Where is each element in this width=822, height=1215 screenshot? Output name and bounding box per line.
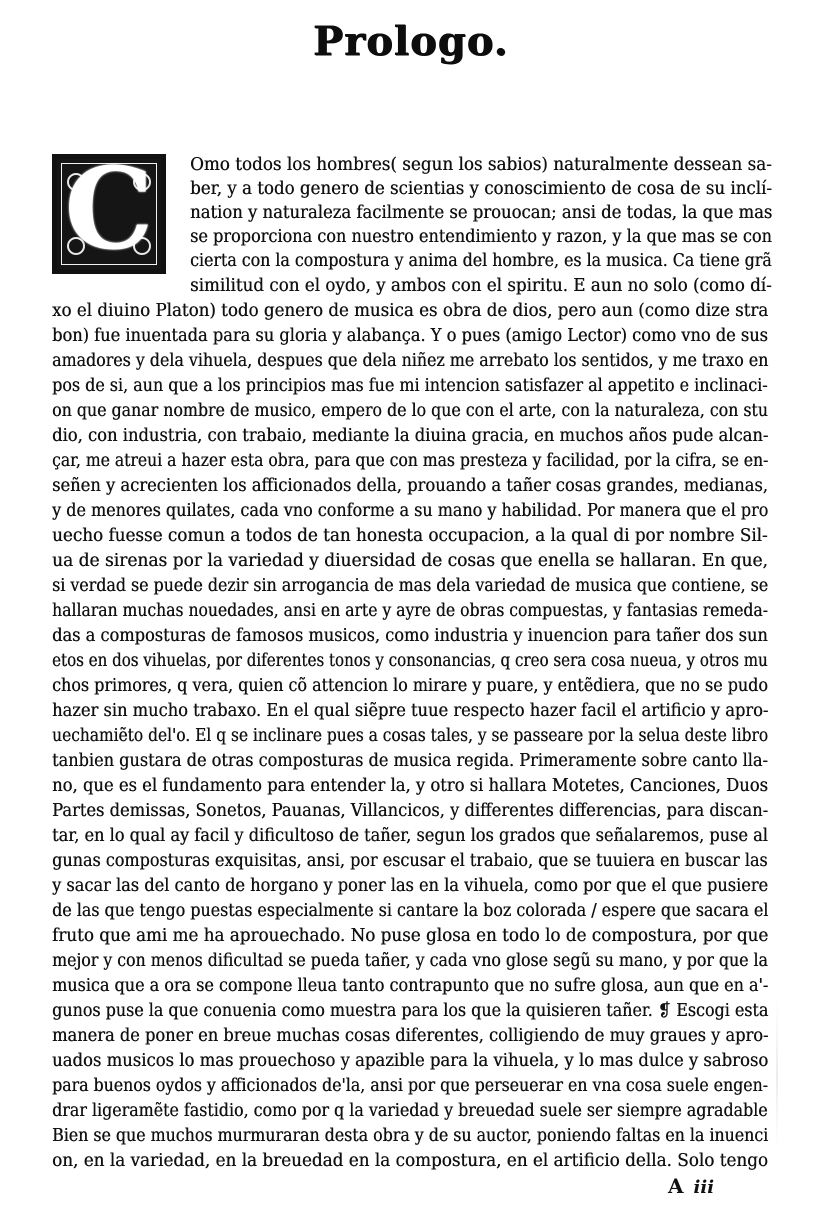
text-line: tar, en lo qual ay facil y dificultoso d… [52, 823, 768, 851]
text-line: chos primores, q vera, quien cõ attencio… [52, 673, 768, 701]
page-title: Prologo. [0, 18, 822, 65]
text-line: das a composturas de famosos musicos, co… [52, 623, 768, 651]
text-line: pos de si, aun que a los principios mas … [52, 373, 768, 401]
text-line: bon) fue inuentada para su gloria y alab… [52, 323, 768, 351]
folio-signature: Aiii [668, 1174, 714, 1198]
text-line: çar, me atreui a hazer esta obra, para q… [52, 448, 768, 476]
text-line: y de menores quilates, cada vno conforme… [52, 498, 768, 526]
text-line: de las que tengo puestas especialmente s… [52, 898, 768, 926]
signature-number: iii [694, 1177, 715, 1198]
text-line: y sacar las del canto de horgano y poner… [52, 873, 768, 901]
text-line: on que ganar nombre de musico, empero de… [52, 398, 768, 426]
text-line: ua de sirenas por la variedad y diuersid… [52, 548, 768, 576]
ornamental-initial: C [52, 154, 166, 274]
text-line: Partes demissas, Sonetos, Pauanas, Villa… [52, 798, 768, 826]
text-line: mejor y con menos dificultad se pueda ta… [52, 948, 768, 976]
text-line: etos en dos vihuelas, por diferentes ton… [52, 648, 768, 676]
text-line: fruto que ami me ha aprouechado. No puse… [52, 923, 768, 951]
initial-letter: C [64, 154, 153, 266]
text-line: dio, con industria, con trabaio, mediant… [52, 423, 768, 451]
scan-edge-shadow [776, 1000, 778, 1150]
text-line: gunas composturas exquisitas, ansi, por … [52, 848, 768, 876]
text-line: uechamiẽto del'o. El q se inclinare pues… [52, 723, 768, 751]
signature-letter: A [668, 1174, 684, 1198]
text-line: uados musicos lo mas prouechoso y apazib… [52, 1048, 768, 1076]
text-line: Bien se que muchos murmuraran desta obra… [52, 1123, 768, 1151]
text-line: amadores y dela vihuela, despues que del… [52, 348, 768, 376]
text-line: drar ligeramẽte fastidio, como por q la … [52, 1098, 768, 1126]
text-line: hallaran muchas nouedades, ansi en arte … [52, 598, 768, 626]
text-line: musica que a ora se compone lleua tanto … [52, 973, 768, 1001]
text-line: uecho fuesse comun a todos de tan honest… [52, 523, 768, 551]
text-line: cierta con la compostura y anima del hom… [190, 248, 772, 276]
text-line: xo el diuino Platon) todo genero de musi… [52, 298, 768, 326]
text-line: no, que es el fundamento para entender l… [52, 773, 768, 801]
text-line: manera de poner en breue muchas cosas di… [52, 1023, 768, 1051]
document-page: Prologo. C Omo todos los hombres( segun … [0, 0, 822, 1215]
text-line: si verdad se puede dezir sin arrogancia … [52, 573, 768, 601]
text-line: gunos puse la que conuenia como muestra … [52, 998, 768, 1026]
text-line: hazer sin mucho trabaxo. En el qual siẽp… [52, 698, 768, 726]
text-line: tanbien gustara de otras composturas de … [52, 748, 768, 776]
text-line: para buenos oydos y afficionados de'la, … [52, 1073, 768, 1101]
text-line: similitud con el oydo, y ambos con el sp… [190, 273, 772, 301]
text-line: on, en la variedad, en la breuedad en la… [52, 1148, 768, 1176]
text-line: señen y acrecienten los afficionados del… [52, 473, 768, 501]
